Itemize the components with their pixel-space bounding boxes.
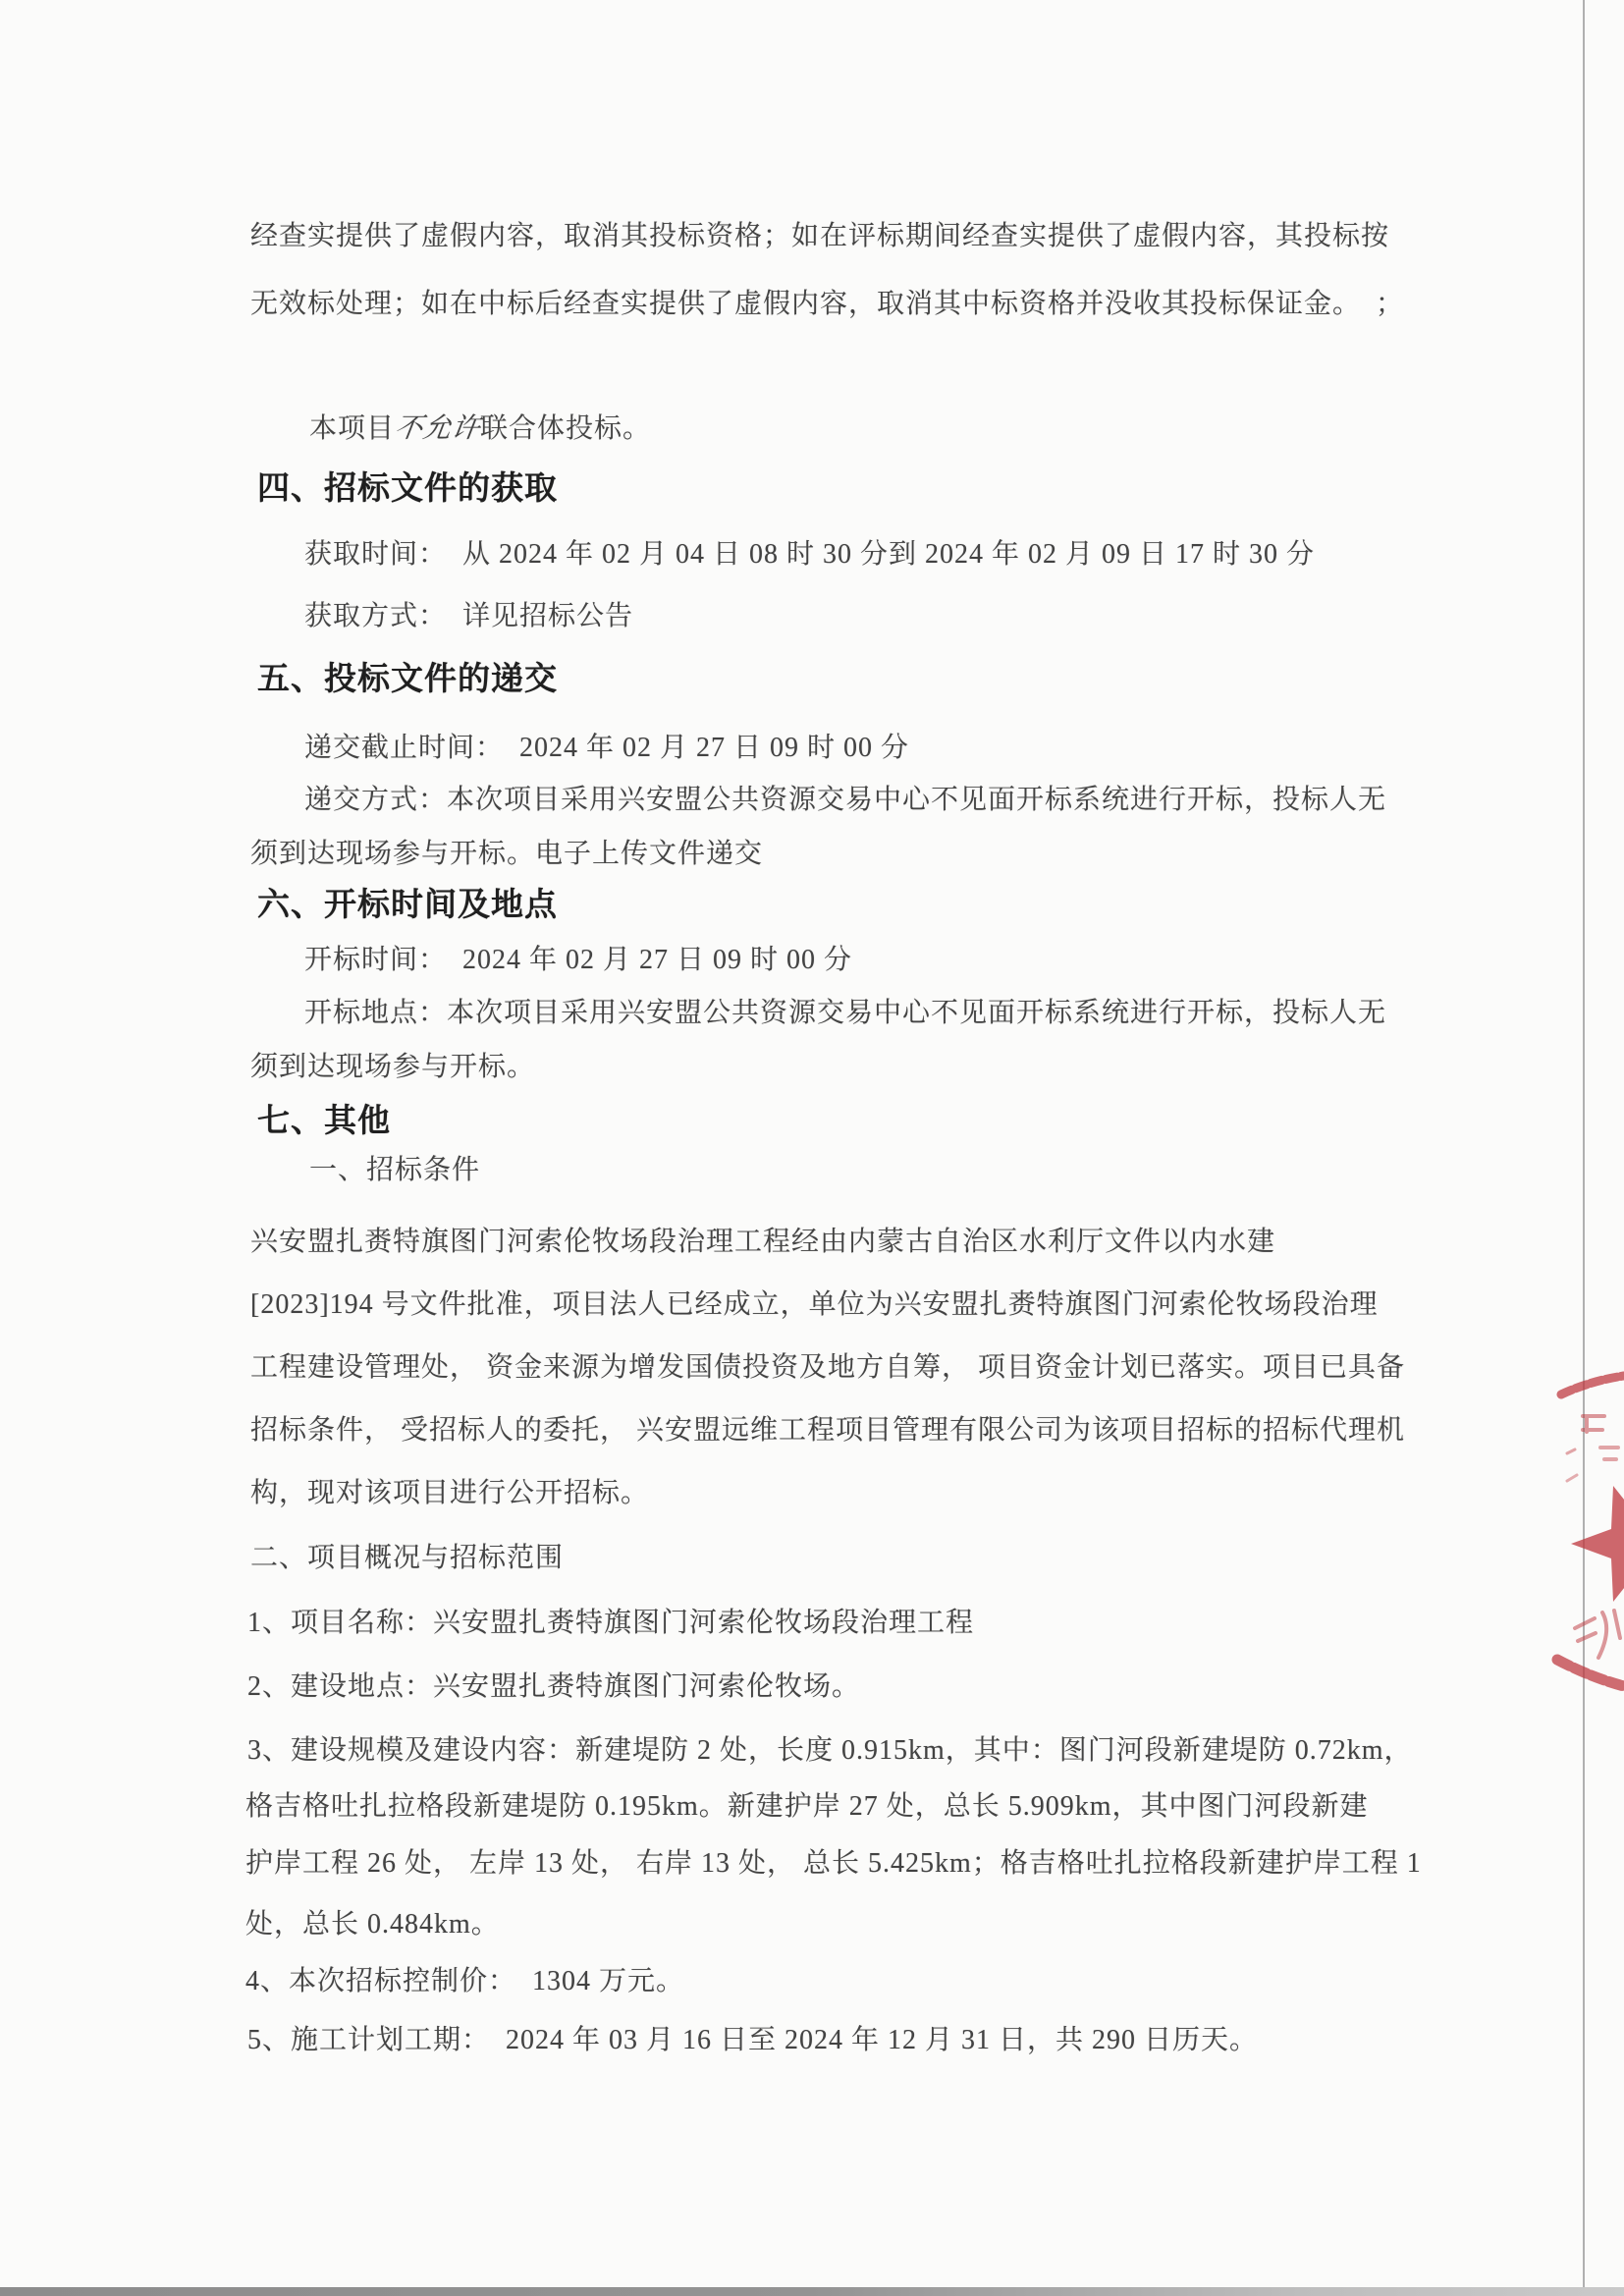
project-scale-line-3: 护岸工程 26 处， 左岸 13 处， 右岸 13 处， 总长 5.425km；… [245,1847,1422,1881]
consortium-suffix: 联合体投标。 [480,413,651,444]
construction-period-item: 5、施工计划工期： 2024 年 03 月 16 日至 2024 年 12 月 … [247,2024,1258,2057]
overview-heading: 二、项目概况与招标范围 [250,1542,564,1575]
opening-place-line-2: 须到达现场参与开标。 [250,1051,535,1084]
official-red-stamp-fragment [1532,1365,1624,1719]
stamp-star-icon [1571,1486,1624,1602]
obtain-method-line: 获取方式： 详见招标公告 [304,600,633,633]
consortium-emphasis: 不允许 [393,412,483,446]
project-scale-line-2: 格吉格吐扎拉格段新建堤防 0.195km。新建护岸 27 处，总长 5.909k… [245,1790,1369,1824]
opening-place-line-1: 开标地点：本次项目采用兴安盟公共资源交易中心不见面开标系统进行开标，投标人无 [304,997,1386,1030]
submit-deadline-line: 递交截止时间： 2024 年 02 月 27 日 09 时 00 分 [304,732,909,765]
stamp-top-arc [1561,1376,1624,1394]
project-scale-line-1: 3、建设规模及建设内容：新建堤防 2 处，长度 0.915km，其中：图门河段新… [247,1734,1413,1768]
section-submit-title: 五、投标文件的递交 [257,659,558,698]
consortium-statement: 本项目不允许联合体投标。 [309,412,651,446]
opening-time-line: 开标时间： 2024 年 02 月 27 日 09 时 00 分 [304,944,852,977]
section-obtain-title: 四、招标文件的获取 [257,468,558,508]
conditions-line-4: 招标条件， 受招标人的委托， 兴安盟远维工程项目管理有限公司为该项目招标的招标代… [250,1414,1405,1448]
stamp-character-marks-bottom-2 [1598,1611,1620,1658]
intro-paragraph-line-1: 经查实提供了虚假内容，取消其投标资格；如在评标期间经查实提供了虚假内容，其投标按 [250,220,1389,253]
project-name-item: 1、项目名称：兴安盟扎赉特旗图门河索伦牧场段治理工程 [247,1607,974,1640]
stamp-character-marks-top [1583,1416,1604,1432]
submit-method-line-2: 须到达现场参与开标。电子上传文件递交 [250,838,763,871]
stamp-character-marks-top-2 [1600,1448,1618,1459]
project-location-item: 2、建设地点：兴安盟扎赉特旗图门河索伦牧场。 [247,1670,860,1704]
obtain-time-line: 获取时间： 从 2024 年 02 月 04 日 08 时 30 分到 2024… [304,538,1315,572]
consortium-prefix: 本项目 [309,413,395,444]
conditions-heading: 一、招标条件 [309,1154,480,1187]
conditions-line-3: 工程建设管理处， 资金来源为增发国债投资及地方自筹， 项目资金计划已落实。项目已… [250,1351,1405,1385]
control-price-item: 4、本次招标控制价： 1304 万元。 [245,1965,684,1998]
stamp-ink-speck-2 [1567,1475,1577,1481]
conditions-line-1: 兴安盟扎赉特旗图门河索伦牧场段治理工程经由内蒙古自治区水利厅文件以内水建 [250,1226,1275,1259]
stamp-bottom-arc [1557,1660,1624,1686]
submit-method-line-1: 递交方式：本次项目采用兴安盟公共资源交易中心不见面开标系统进行开标，投标人无 [304,784,1386,817]
conditions-line-5: 构，现对该项目进行公开招标。 [250,1477,649,1510]
scan-edge-line [1583,0,1585,2290]
scan-bottom-bar [0,2287,1624,2296]
scanned-document-page: 经查实提供了虚假内容，取消其投标资格；如在评标期间经查实提供了虚假内容，其投标按… [0,0,1624,2296]
conditions-line-2: [2023]194 号文件批准，项目法人已经成立，单位为兴安盟扎赉特旗图门河索伦… [250,1288,1379,1322]
section-opening-title: 六、开标时间及地点 [257,885,558,924]
intro-paragraph-line-2: 无效标处理；如在中标后经查实提供了虚假内容，取消其中标资格并没收其投标保证金。 … [250,288,1404,321]
project-scale-line-4: 处，总长 0.484km。 [245,1908,500,1941]
section-other-title: 七、其他 [257,1101,391,1140]
stamp-ink-speck-1 [1567,1449,1575,1453]
stamp-character-marks-bottom [1575,1618,1596,1641]
